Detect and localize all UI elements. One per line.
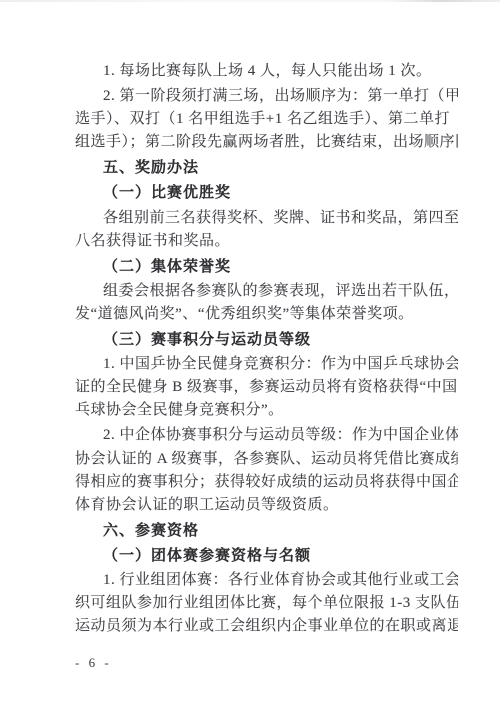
text-line: 得相应的赛事积分；获得较好成绩的运动员将获得中国企业 <box>75 471 458 494</box>
text-line: 1. 行业组团体赛：各行业体育协会或其他行业或工会组 <box>75 569 458 592</box>
text-line: 证的全民健身 B 级赛事，参赛运动员将有资格获得“中国乒 <box>75 376 458 399</box>
section-heading: （一）比赛优胜奖 <box>75 181 458 204</box>
text-line: 各组别前三名获得奖杯、奖牌、证书和奖品，第四至第 <box>75 207 458 230</box>
text-line: 2. 第一阶段须打满三场，出场顺序为：第一单打（甲组 <box>75 85 458 108</box>
section-heading: （一）团体赛参赛资格与名额 <box>75 544 458 567</box>
text-block: 1. 每场比赛每队上场 4 人，每人只能出场 1 次。2. 第一阶段须打满三场，… <box>75 58 458 638</box>
page-number: - 6 - <box>75 655 112 671</box>
text-line: 2. 中企体协赛事积分与运动员等级：作为中国企业体育 <box>75 424 458 447</box>
section-heading: （三）赛事积分与运动员等级 <box>75 328 458 351</box>
text-line: 乓球协会全民健身竞赛积分”。 <box>75 399 458 422</box>
text-line: 组选手）；第二阶段先赢两场者胜，比赛结束，出场顺序同上。 <box>75 131 458 154</box>
text-line: 织可组队参加行业组团体比赛，每个单位限报 1-3 支队伍。 <box>75 592 458 615</box>
text-line: 八名获得证书和奖品。 <box>75 230 458 253</box>
text-line: 运动员须为本行业或工会组织内企事业单位的在职或离退 <box>75 615 458 638</box>
section-heading: 六、参赛资格 <box>75 519 458 542</box>
section-heading: 五、奖励办法 <box>75 156 458 179</box>
text-line: 协会认证的 A 级赛事，各参赛队、运动员将凭借比赛成绩获 <box>75 448 458 471</box>
text-line: 选手）、双打（1 名甲组选手+1 名乙组选手）、第二单打（乙 <box>75 108 458 131</box>
text-line: 组委会根据各参赛队的参赛表现，评选出若干队伍，颁 <box>75 280 458 303</box>
text-line: 体育协会认证的职工运动员等级资质。 <box>75 494 458 517</box>
section-heading: （二）集体荣誉奖 <box>75 255 458 278</box>
document-page: 1. 每场比赛每队上场 4 人，每人只能出场 1 次。2. 第一阶段须打满三场，… <box>0 0 500 706</box>
text-line: 1. 中国乒协全民健身竞赛积分：作为中国乒乓球协会认 <box>75 353 458 376</box>
text-line: 发“道德风尚奖”、“优秀组织奖”等集体荣誉奖项。 <box>75 303 458 326</box>
text-line: 1. 每场比赛每队上场 4 人，每人只能出场 1 次。 <box>75 60 458 83</box>
scan-edge-artifact <box>0 0 500 2</box>
